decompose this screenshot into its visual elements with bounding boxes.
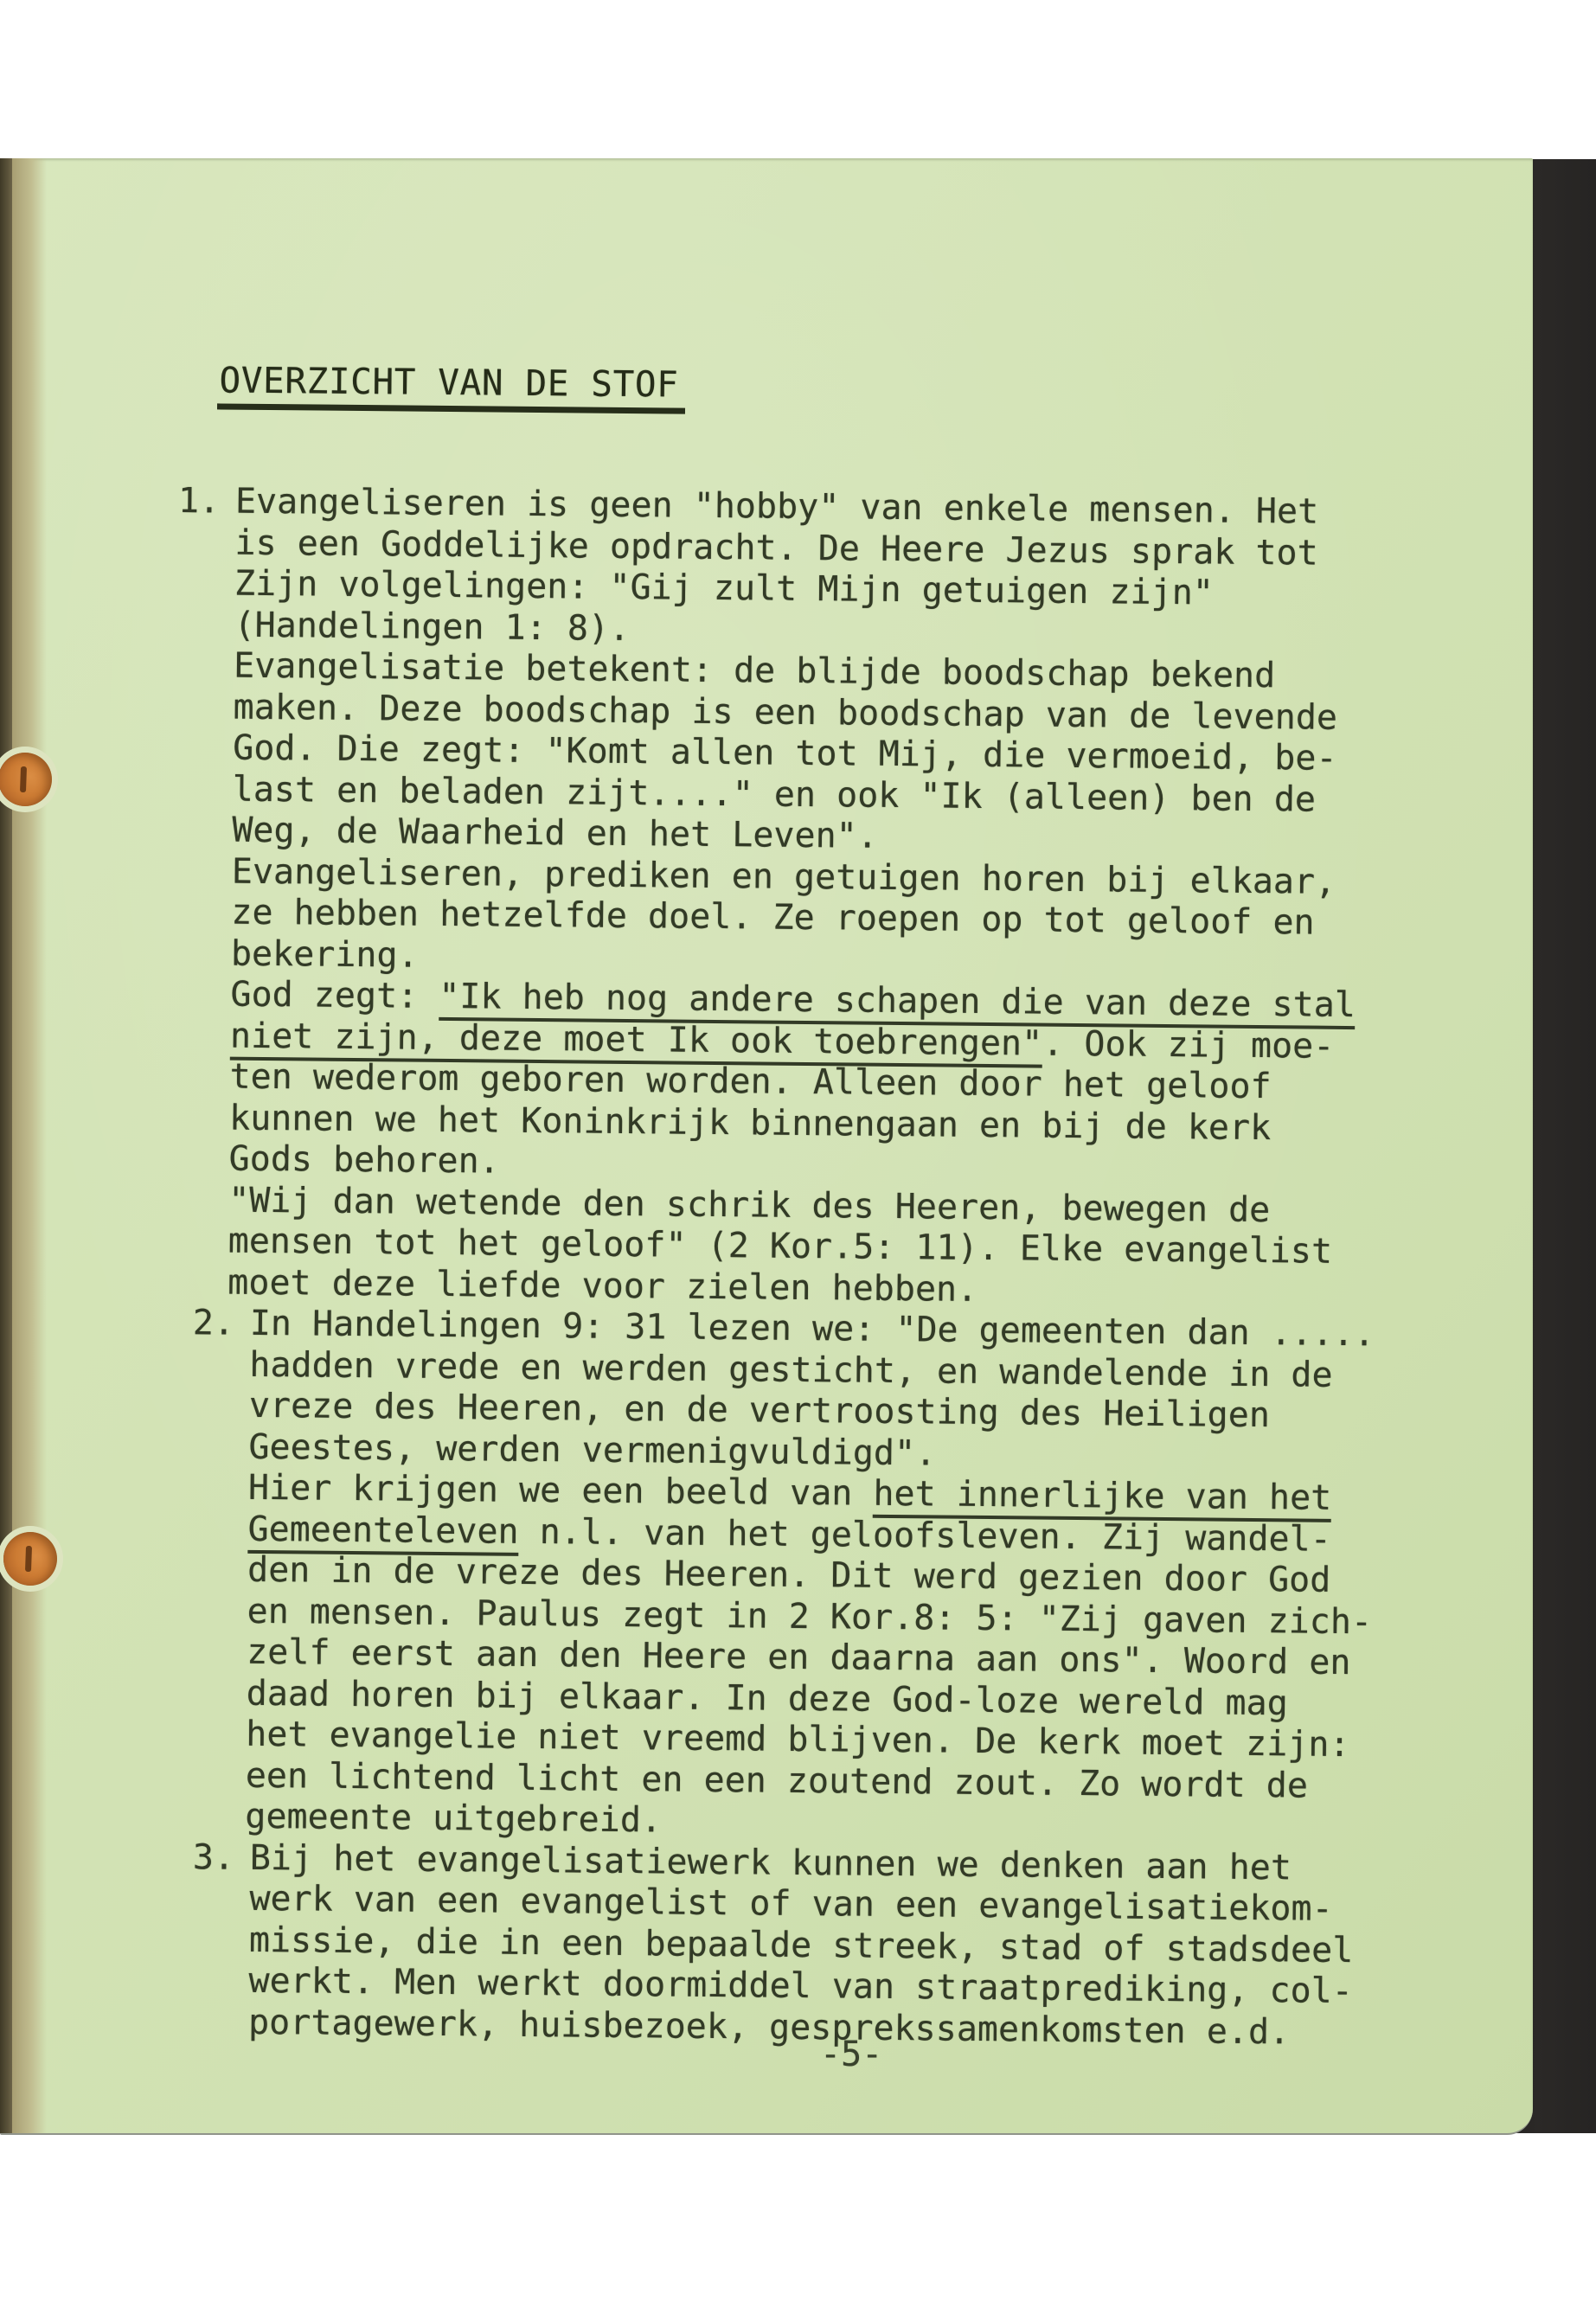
- page-number: -5-: [820, 2035, 882, 2074]
- text-segment: gemeente uitgebreid.: [245, 1797, 662, 1841]
- typewritten-text-block: OVERZICHT VAN DE STOF 1.Evangeliseren is…: [163, 318, 1460, 2096]
- document-body: 1.Evangeliseren is geen "hobby" van enke…: [163, 481, 1458, 2054]
- paragraph-3: 3.Bij het evangelisatiewerk kunnen we de…: [191, 1837, 1445, 2054]
- text-segment: moet deze liefde voor zielen hebben.: [228, 1262, 977, 1309]
- text-segment: Weg, de Waarheid en het Leven".: [232, 811, 878, 856]
- binder-fastener-bottom: [3, 1532, 57, 1586]
- binder-fastener-top: [0, 753, 52, 806]
- fastener-slit: [24, 1546, 31, 1572]
- paragraph-2: 2.In Handelingen 9: 31 lezen we: "De gem…: [188, 1303, 1451, 1849]
- text-segment: . Ook zij moe-: [1042, 1023, 1335, 1066]
- underlined-text: Gemeenteleven: [247, 1509, 519, 1555]
- paragraph-number: 1.: [178, 481, 221, 522]
- document-title: OVERZICHT VAN DE STOF: [217, 360, 685, 413]
- fastener-slit: [19, 766, 26, 792]
- paragraph-number: 2.: [193, 1303, 235, 1344]
- paragraph-1: 1.Evangeliseren is geen "hobby" van enke…: [170, 481, 1458, 1315]
- page-edge-stack: [12, 158, 47, 2133]
- text-segment: Gods behoren.: [228, 1139, 500, 1182]
- paragraph-number: 3.: [193, 1837, 235, 1879]
- text-segment: bekering.: [231, 933, 419, 975]
- page-edge-shadow: [0, 158, 12, 2133]
- text-segment: Hier krijgen we een beeld van: [248, 1468, 874, 1514]
- text-segment: (Handelingen 1: 8).: [234, 605, 630, 648]
- text-segment: Geestes, werden vermenigvuldigd".: [248, 1426, 936, 1473]
- text-segment: God zegt:: [230, 975, 439, 1016]
- text-segment: n.l. van het geloofsleven. Zij wandel-: [518, 1511, 1331, 1559]
